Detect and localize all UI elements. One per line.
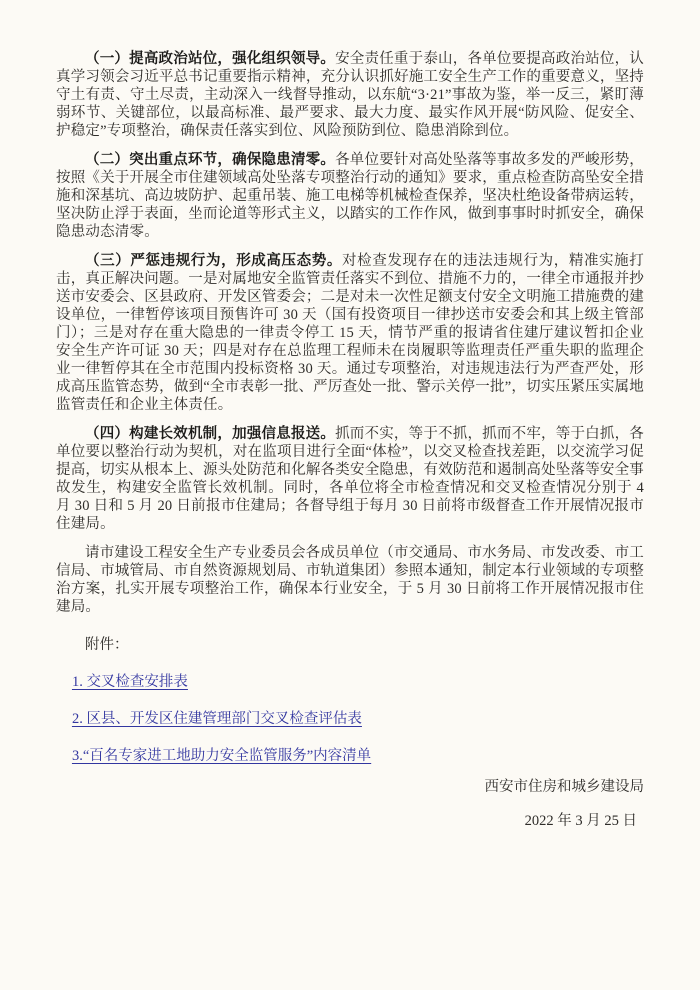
document-page: （一）提高政治站位，强化组织领导。安全责任重于泰山，各单位要提高政治站位，认真学… — [0, 0, 700, 990]
paragraph-3-text: 对检查发现存在的违法违规行为，精准实施打击，真正解决问题。一是对属地安全监管责任… — [56, 253, 644, 413]
signature-block: 西安市住房和城乡建设局 2022 年 3 月 25 日 — [56, 778, 644, 830]
attachment-link-1[interactable]: 1. 交叉检查安排表 — [72, 674, 188, 690]
section-heading-3: （三）严惩违规行为，形成高压态势。 — [85, 253, 342, 269]
attachment-item-3: 3.“百名专家进工地助力安全监管服务”内容清单 — [56, 747, 644, 765]
section-heading-1: （一）提高政治站位，强化组织领导。 — [85, 51, 335, 67]
attachments-list: 1. 交叉检查安排表 2. 区县、开发区住建管理部门交叉检查评估表 3.“百名专… — [56, 673, 644, 765]
section-heading-2: （二）突出重点环节，确保隐患清零。 — [85, 152, 335, 168]
section-heading-4: （四）构建长效机制，加强信息报送。 — [85, 426, 335, 442]
attachment-item-2: 2. 区县、开发区住建管理部门交叉检查评估表 — [56, 710, 644, 728]
paragraph-3: （三）严惩违规行为，形成高压态势。对检查发现存在的违法违规行为，精准实施打击，真… — [56, 252, 644, 414]
paragraph-1: （一）提高政治站位，强化组织领导。安全责任重于泰山，各单位要提高政治站位，认真学… — [56, 50, 644, 140]
paragraph-4: （四）构建长效机制，加强信息报送。抓而不实，等于不抓，抓而不牢，等于白抓，各单位… — [56, 425, 644, 533]
attachment-item-1: 1. 交叉检查安排表 — [56, 673, 644, 691]
paragraph-5-text: 请市建设工程安全生产专业委员会各成员单位（市交通局、市水务局、市发改委、市工信局… — [56, 545, 644, 615]
paragraph-5: 请市建设工程安全生产专业委员会各成员单位（市交通局、市水务局、市发改委、市工信局… — [56, 544, 644, 616]
attachments-label: 附件： — [56, 636, 644, 654]
issue-date: 2022 年 3 月 25 日 — [56, 812, 644, 830]
attachment-link-3[interactable]: 3.“百名专家进工地助力安全监管服务”内容清单 — [72, 748, 371, 764]
paragraph-2: （二）突出重点环节，确保隐患清零。各单位要针对高处坠落等事故多发的严峻形势，按照… — [56, 151, 644, 241]
attachment-link-2[interactable]: 2. 区县、开发区住建管理部门交叉检查评估表 — [72, 711, 362, 727]
issuer-signature: 西安市住房和城乡建设局 — [56, 778, 644, 796]
